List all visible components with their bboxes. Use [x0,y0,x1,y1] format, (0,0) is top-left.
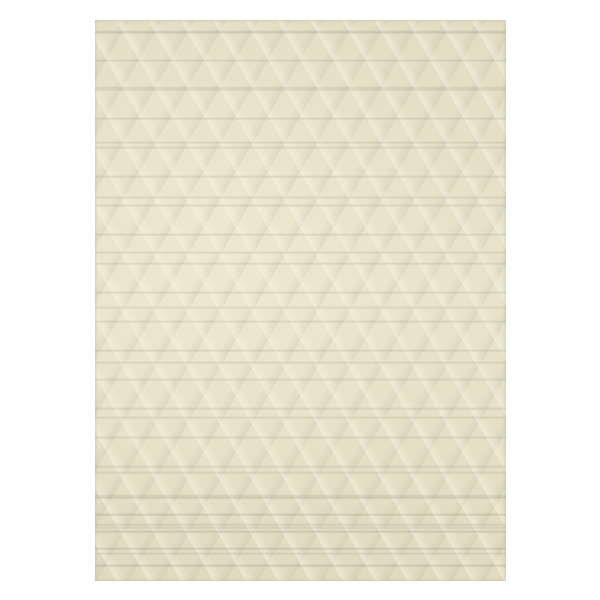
rug-abrash-stripes [95,491,506,581]
rug-image [95,20,506,581]
